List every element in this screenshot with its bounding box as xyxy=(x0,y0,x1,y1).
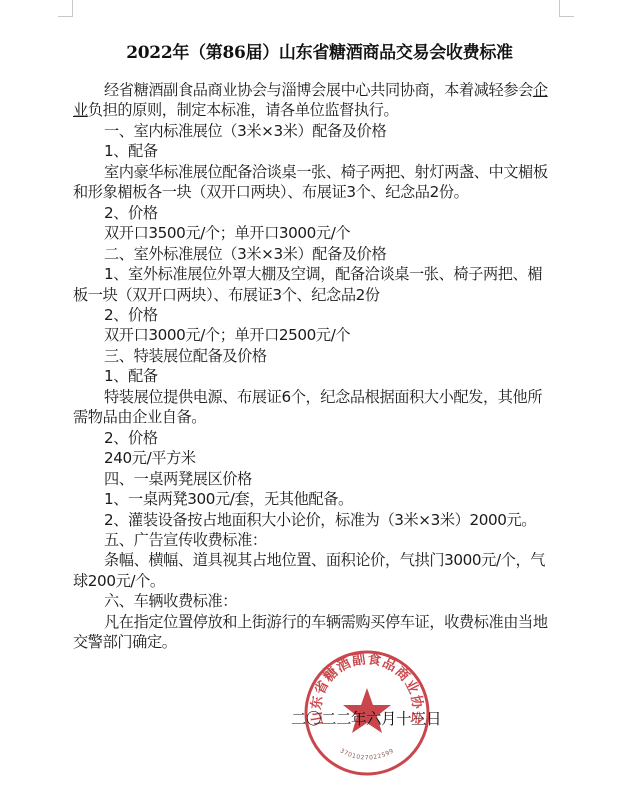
document-body: 经省糖酒副食品商业协会与淄博会展中心共同协商，本着减轻参会企业负担的原则，制定本… xyxy=(73,80,549,653)
section-5-heading: 五、广告宣传收费标准： xyxy=(73,530,549,550)
section-4-item-2: 2、灌装设备按占地面积大小论价，标准为（3米×3米）2000元。 xyxy=(73,510,549,530)
section-3-equipment-text: 特装展位提供电源、布展证6个，纪念品根据面积大小配发，其他所需物品由企业自备。 xyxy=(73,387,549,428)
section-1-heading: 一、室内标准展位（3米×3米）配备及价格 xyxy=(73,121,549,141)
section-1-price-label: 2、价格 xyxy=(73,203,549,223)
section-2-equipment-text: 1、室外标准展位外罩大棚及空调，配备洽谈桌一张、椅子两把、楣板一块（双开口两块）… xyxy=(73,264,549,305)
document-title: 2022年（第86届）山东省糖酒商品交易会收费标准 xyxy=(0,38,639,63)
intro-paragraph: 经省糖酒副食品商业协会与淄博会展中心共同协商，本着减轻参会企业负担的原则，制定本… xyxy=(73,80,549,121)
section-2-price-text: 双开口3000元/个；单开口2500元/个 xyxy=(73,325,549,345)
section-2-heading: 二、室外标准展位（3米×3米）配备及价格 xyxy=(73,244,549,264)
section-6-heading: 六、车辆收费标准： xyxy=(73,591,549,611)
section-4-item-1: 1、一桌两凳300元/套，无其他配备。 xyxy=(73,489,549,509)
intro-text-b-prefix: 会 xyxy=(518,81,533,99)
section-4-heading: 四、一桌两凳展区价格 xyxy=(73,469,549,489)
section-1-equipment-text: 室内豪华标准展位配备洽谈桌一张、椅子两把、射灯两盏、中文楣板和形象楣板各一块（双… xyxy=(73,162,549,203)
svg-text:3701027022599: 3701027022599 xyxy=(339,747,396,761)
section-3-heading: 三、特装展位配备及价格 xyxy=(73,346,549,366)
section-2-price-label: 2、价格 xyxy=(73,305,549,325)
section-3-price-text: 240元/平方米 xyxy=(73,448,549,468)
intro-text-b-rest: 负担的原则，制定本标准，请各单位监督执行。 xyxy=(88,101,399,119)
document-date: 二〇二二年六月十三日 xyxy=(291,707,441,729)
section-6-text: 凡在指定位置停放和上街游行的车辆需购买停车证，收费标准由当地交警部门确定。 xyxy=(73,612,549,653)
section-5-text: 条幅、横幅、道具视其占地位置、面积论价，气拱门3000元/个，气球200元/个。 xyxy=(73,550,549,591)
section-3-price-label: 2、价格 xyxy=(73,428,549,448)
section-1-price-text: 双开口3500元/个；单开口3000元/个 xyxy=(73,223,549,243)
crop-mark-top-right xyxy=(559,0,574,17)
stamp-code: 3701027022599 xyxy=(339,747,396,761)
section-3-equipment-label: 1、配备 xyxy=(73,366,549,386)
crop-mark-top-left xyxy=(58,0,73,17)
intro-text-a: 经省糖酒副食品商业协会与淄博会展中心共同协商，本着减轻参 xyxy=(104,81,518,99)
section-1-equipment-label: 1、配备 xyxy=(73,141,549,161)
